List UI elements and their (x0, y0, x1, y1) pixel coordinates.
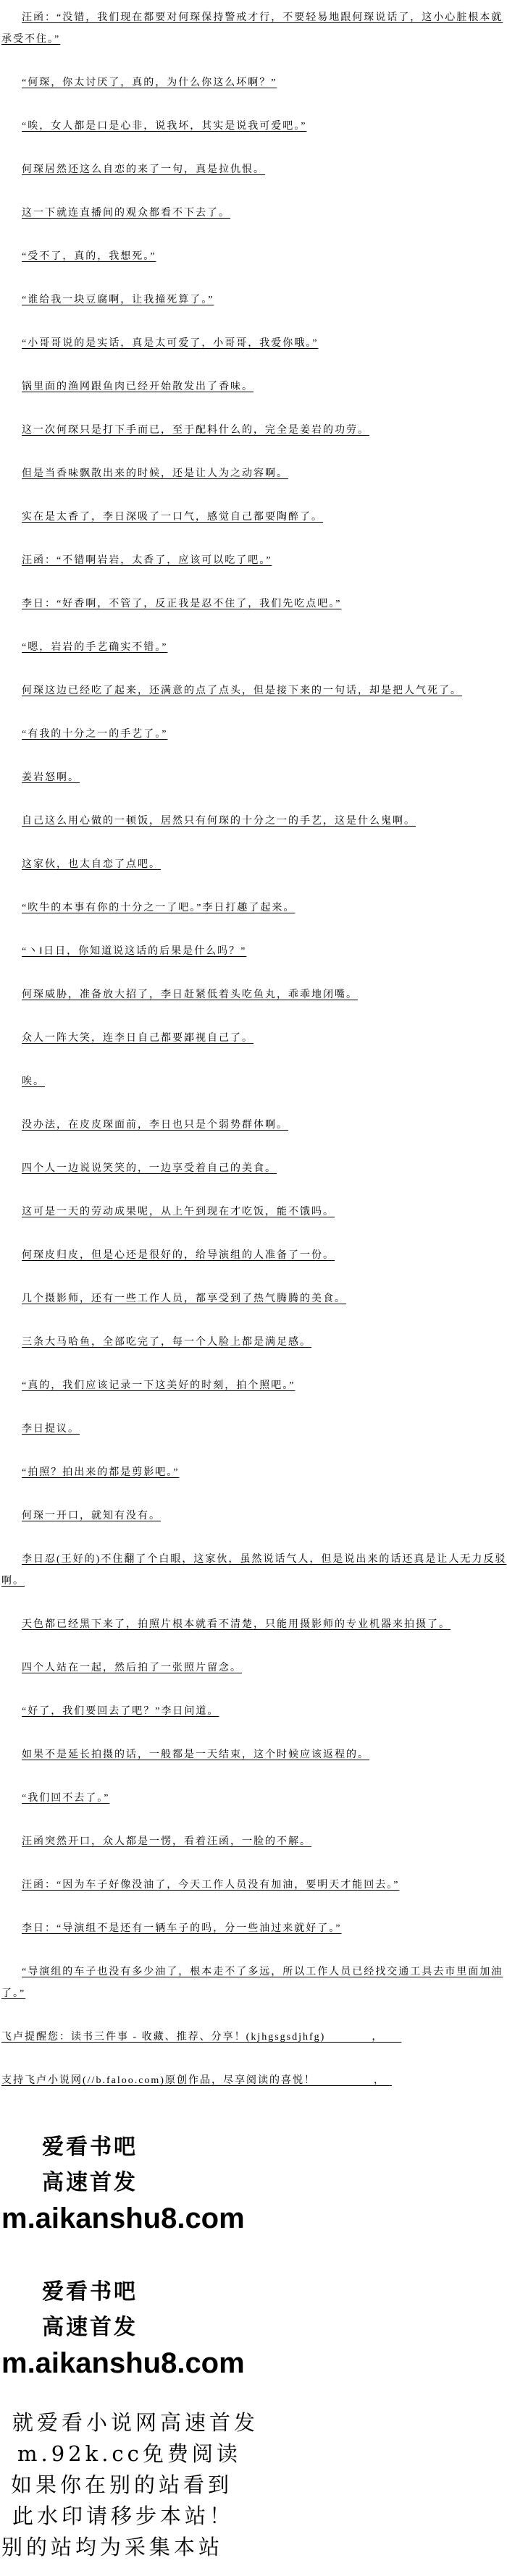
novel-paragraph: “嗯，岩岩的手艺确实不错。” (1, 637, 507, 659)
novel-paragraph: 三条大马哈鱼，全部吃完了，每一个人脸上都是满足感。 (1, 1332, 507, 1354)
promo-block-2: 爱看书吧 高速首发 m.aikanshu8.com (1, 2274, 507, 2381)
promo-tagline: 高速首发 (42, 2310, 507, 2345)
novel-paragraph: 这可是一天的劳动成果呢，从上午到现在才吃饭，能不饿吗。 (1, 1202, 507, 1223)
novel-paragraph: 几个摄影师，还有一些工作人员，都享受到了热气腾腾的美食。 (1, 1288, 507, 1310)
novel-paragraph: 李日：“好香啊，不管了，反正我是忍不住了，我们先吃点吧。” (1, 594, 507, 615)
watermark-line: 别的站均为采集本站 (1, 2532, 507, 2563)
novel-paragraph: “真的，我们应该记录一下这美好的时刻，拍个照吧。” (1, 1375, 507, 1397)
novel-paragraph: 汪函：“不错啊岩岩，太香了，应该可以吃了吧。” (1, 550, 507, 572)
novel-paragraph: 唉。 (1, 1071, 507, 1093)
novel-paragraph: 支持飞卢小说网(//b.faloo.com)原创作品，尽享阅读的喜悦！ ， (1, 2070, 507, 2092)
promo-block-1: 爱看书吧 高速首发 m.aikanshu8.com (1, 2129, 507, 2237)
promo-domain-url: m.aikanshu8.com (1, 2345, 507, 2381)
novel-paragraph: 锅里面的渔网跟鱼肉已经开始散发出了香味。 (1, 376, 507, 398)
novel-paragraph: 李日提议。 (1, 1419, 507, 1440)
novel-paragraph: 这家伙，也太自恋了点吧。 (1, 854, 507, 876)
novel-paragraph: 何琛居然还这么自恋的来了一句，真是拉仇恨。 (1, 159, 507, 181)
novel-paragraph: “受不了，真的，我想死。” (1, 246, 507, 268)
novel-paragraph: 飞卢提醒您：读书三件事 - 收藏、推荐、分享！(kjhgsgsdjhfg) ， (1, 2027, 507, 2048)
promo-site-name: 爱看书吧 (42, 2274, 507, 2310)
novel-paragraph: 何琛皮归皮，但是心还是很好的，给导演组的人准备了一份。 (1, 1245, 507, 1267)
novel-paragraph: 何琛一开口，就知有没有。 (1, 1506, 507, 1527)
novel-paragraph: “丶‖日日，你知道说这话的后果是什么吗？” (1, 941, 507, 963)
novel-paragraph: 汪函突然开口，众人都是一愣，看着汪函，一脸的不解。 (1, 1831, 507, 1853)
novel-paragraph: 汪函：“因为车子好像没油了，今天工作人员没有加油，要明天才能回去。” (1, 1875, 507, 1896)
novel-paragraph: 汪函：“没错，我们现在都要对何琛保持警戒才行，不要轻易地跟何琛说话了，这小心脏根… (1, 7, 507, 51)
novel-paragraph: “小哥哥说的是实话，真是太可爱了，小哥哥，我爱你哦。” (1, 333, 507, 355)
novel-paragraph: “吹牛的本事有你的十分之一了吧。”李日打趣了起来。 (1, 898, 507, 919)
promo-domain-url: m.aikanshu8.com (1, 2200, 507, 2237)
novel-paragraph: “好了，我们要回去了吧？”李日问道。 (1, 1701, 507, 1723)
novel-paragraph: 如果不是延长拍摄的话，一般都是一天结束，这个时候应该返程的。 (1, 1744, 507, 1766)
novel-paragraph: 四个人一边说说笑笑的，一边享受着自己的美食。 (1, 1158, 507, 1180)
watermark-line: 如果你在别的站看到 (11, 2470, 507, 2501)
novel-paragraph: “唉，女人都是口是心非，说我坏，其实是说我可爱吧。” (1, 116, 507, 138)
novel-paragraph: 李日忍(王好的)不住翻了个白眼，这家伙，虽然说话气人，但是说出来的话还真是让人无… (1, 1549, 507, 1592)
watermark-block: 就爱看小说网高速首发 m.92k.cc免费阅读 如果你在别的站看到 此水印请移步… (1, 2407, 507, 2563)
novel-page: 汪函：“没错，我们现在都要对何琛保持警戒才行，不要轻易地跟何琛说话了，这小心脏根… (0, 0, 507, 2576)
novel-paragraph: 这一次何琛只是打下手而已，至于配料什么的，完全是姜岩的功劳。 (1, 420, 507, 442)
novel-paragraph: 姜岩怒啊。 (1, 767, 507, 789)
novel-paragraph: “拍照？拍出来的都是剪影吧。” (1, 1462, 507, 1484)
novel-paragraph: “谁给我一块豆腐啊，让我撞死算了。” (1, 290, 507, 311)
promo-site-name: 爱看书吧 (42, 2129, 507, 2165)
novel-paragraph: “我们回不去了。” (1, 1788, 507, 1809)
novel-paragraph: 何琛威胁，准备放大招了，李日赶紧低着头吃鱼丸，乖乖地闭嘴。 (1, 984, 507, 1006)
watermark-line: 此水印请移步本站！ (12, 2501, 507, 2532)
novel-paragraph-list: 汪函：“没错，我们现在都要对何琛保持警戒才行，不要轻易地跟何琛说话了，这小心脏根… (1, 7, 507, 2092)
novel-paragraph: 何琛这边已经吃了起来，还满意的点了点头，但是接下来的一句话，却是把人气死了。 (1, 680, 507, 702)
novel-paragraph: 没办法，在皮皮琛面前，李日也只是个弱势群体啊。 (1, 1115, 507, 1136)
novel-paragraph: “何琛，你太讨厌了，真的，为什么你这么坏啊？” (1, 72, 507, 94)
novel-paragraph: 但是当香味飘散出来的时候，还是让人为之动容啊。 (1, 463, 507, 485)
novel-paragraph: 实在是太香了，李日深吸了一口气，感觉自己都要陶醉了。 (1, 507, 507, 528)
novel-paragraph: “有我的十分之一的手艺了。” (1, 724, 507, 746)
novel-paragraph: 众人一阵大笑，连李日自己都要鄙视自己了。 (1, 1028, 507, 1050)
novel-paragraph: 四个人站在一起，然后拍了一张照片留念。 (1, 1657, 507, 1679)
watermark-line: 就爱看小说网高速首发 (12, 2407, 507, 2438)
novel-paragraph: 李日：“导演组不是还有一辆车子的吗，分一些油过来就好了。” (1, 1918, 507, 1940)
watermark-line: m.92k.cc免费阅读 (17, 2438, 507, 2470)
promo-tagline: 高速首发 (42, 2165, 507, 2200)
novel-paragraph: 自己这么用心做的一顿饭，居然只有何琛的十分之一的手艺，这是什么鬼啊。 (1, 811, 507, 832)
novel-paragraph: “导演组的车子也没有多少油了，根本走不了多远，所以工作人员已经找交通工具去市里面… (1, 1961, 507, 2005)
novel-paragraph: 这一下就连直播间的观众都看不下去了。 (1, 203, 507, 224)
novel-paragraph: 天色都已经黑下来了，拍照片根本就看不清楚，只能用摄影师的专业机器来拍摄了。 (1, 1614, 507, 1636)
